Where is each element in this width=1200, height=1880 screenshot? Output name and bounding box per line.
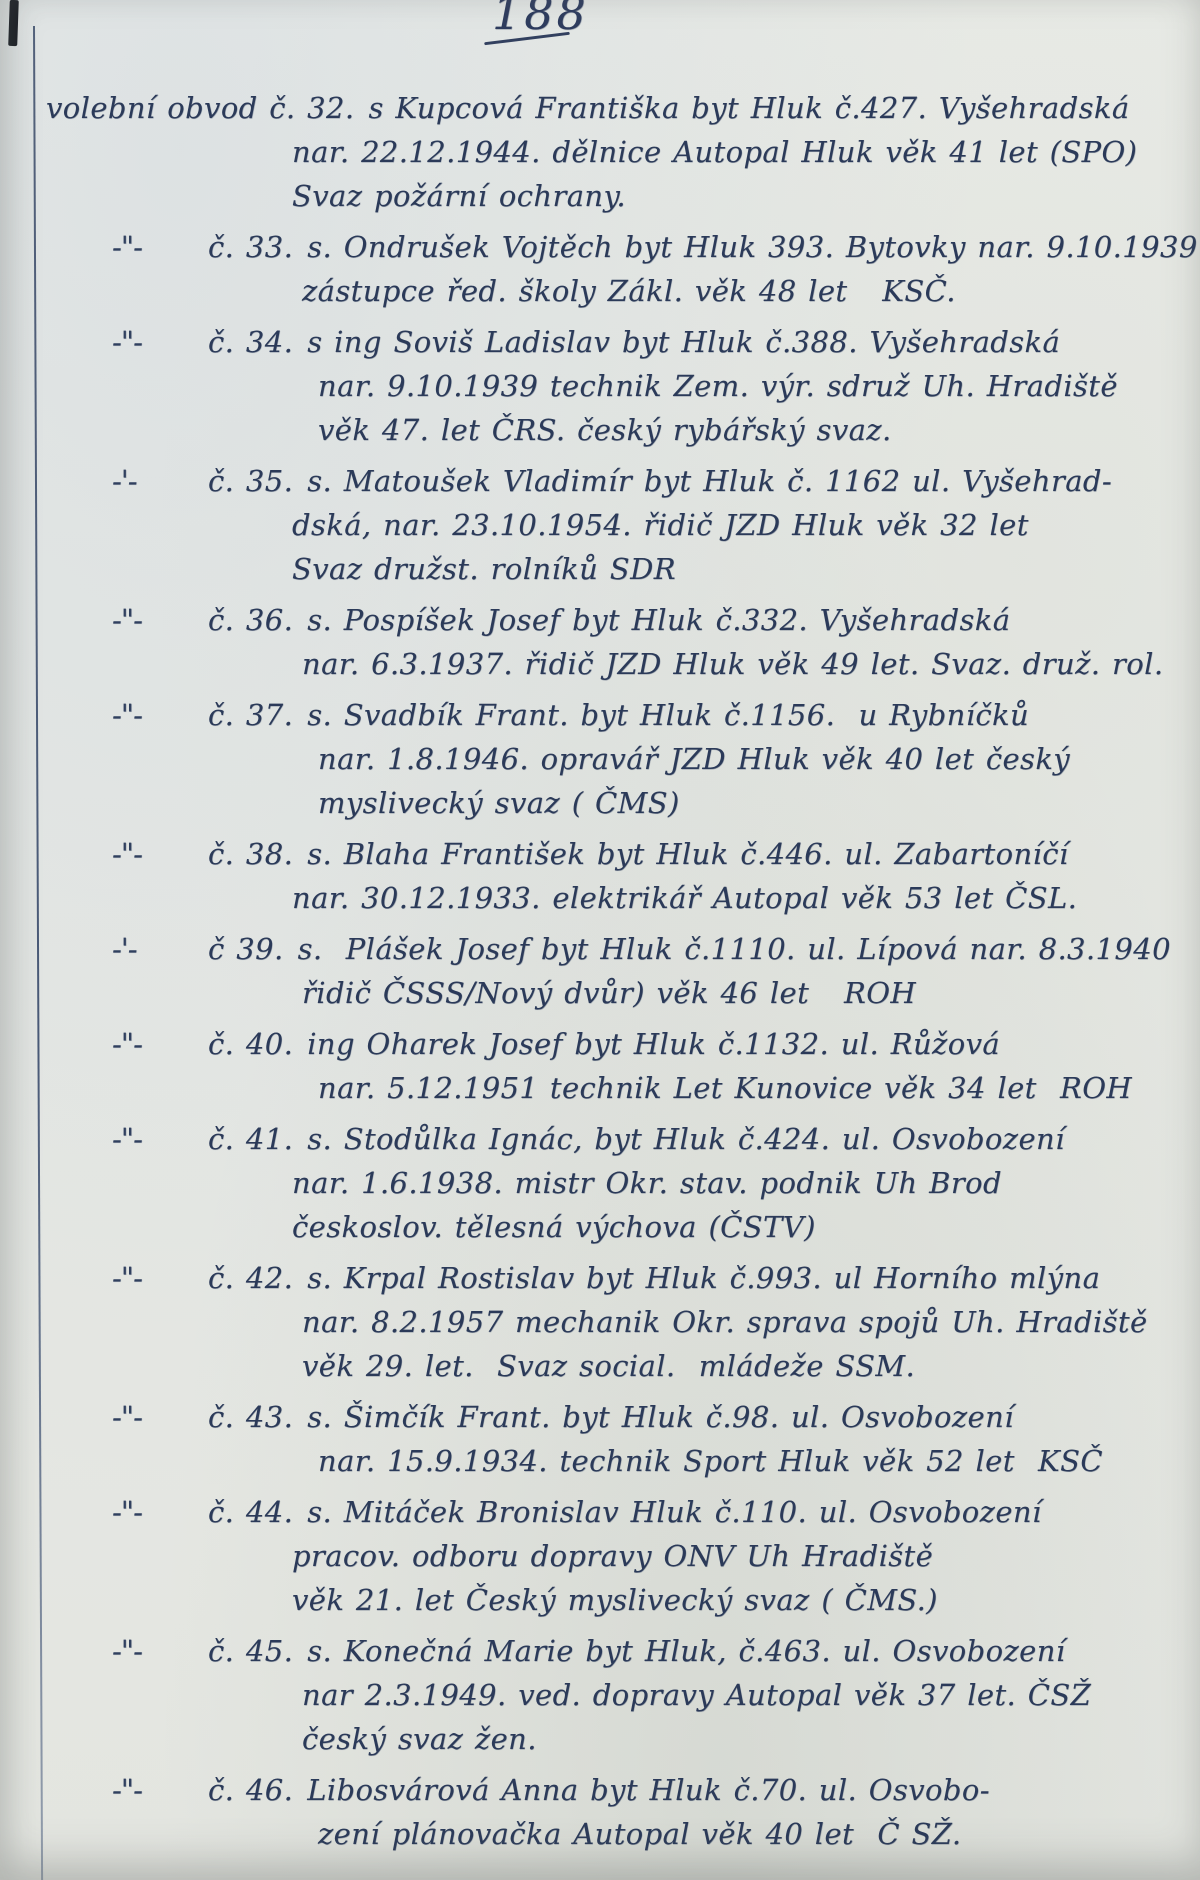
entry-text: s. Stodůlka Ignác, byt Hluk č.424. ul. O… (307, 1122, 1065, 1156)
ditto-mark: -"- (112, 320, 208, 364)
register-entry: -"-č. 46.Libosvárová Anna byt Hluk č.70.… (0, 1768, 1200, 1856)
entry-number: č. 37. (208, 698, 293, 732)
entry-first-line: -"-č. 42.s. Krpal Rostislav byt Hluk č.9… (0, 1256, 1200, 1300)
ditto-mark: -"- (112, 1629, 208, 1673)
entry-first-line: -"-č. 40.ing Oharek Josef byt Hluk č.113… (0, 1022, 1200, 1066)
entry-continuation-line: řidič ČSSS/Nový dvůr) věk 46 let ROH (0, 971, 1200, 1015)
entry-text: s. Konečná Marie byt Hluk, č.463. ul. Os… (307, 1634, 1065, 1668)
ditto-mark: -'- (112, 927, 208, 971)
register-entry: -"-č. 44.s. Mitáček Bronislav Hluk č.110… (0, 1490, 1200, 1622)
entry-first-line: -"-č. 45.s. Konečná Marie byt Hluk, č.46… (0, 1629, 1200, 1673)
entry-text: Libosvárová Anna byt Hluk č.70. ul. Osvo… (307, 1773, 990, 1807)
entry-continuation-line: věk 29. let. Svaz social. mládeže SSM. (0, 1344, 1200, 1388)
register-entry: -'-č 39.s. Plášek Josef byt Hluk č.1110.… (0, 927, 1200, 1015)
ditto-mark: -'- (112, 459, 208, 503)
entry-first-line: -"-č. 44.s. Mitáček Bronislav Hluk č.110… (0, 1490, 1200, 1534)
entry-continuation-line: Svaz požární ochrany. (0, 174, 1200, 218)
entry-number: č. 44. (208, 1495, 293, 1529)
ditto-mark: -"- (112, 1256, 208, 1300)
entry-continuation-line: nar. 5.12.1951 technik Let Kunovice věk … (0, 1066, 1200, 1110)
ditto-mark: -"- (112, 225, 208, 269)
entry-text: s ing Soviš Ladislav byt Hluk č.388. Vyš… (307, 325, 1060, 359)
entry-continuation-line: českoslov. tělesná výchova (ČSTV) (0, 1205, 1200, 1249)
entry-first-line: -'-č. 35.s. Matoušek Vladimír byt Hluk č… (0, 459, 1200, 503)
entry-text: s. Krpal Rostislav byt Hluk č.993. ul Ho… (307, 1261, 1100, 1295)
entry-continuation-line: pracov. odboru dopravy ONV Uh Hradiště (0, 1534, 1200, 1578)
entry-continuation-line: věk 21. let Český myslivecký svaz ( ČMS.… (0, 1578, 1200, 1622)
entry-continuation-line: věk 47. let ČRS. český rybářský svaz. (0, 408, 1200, 452)
entry-text: s. Plášek Josef byt Hluk č.1110. ul. Líp… (298, 932, 1171, 966)
entry-number: č. 35. (208, 464, 293, 498)
register-entry: -"-č. 42.s. Krpal Rostislav byt Hluk č.9… (0, 1256, 1200, 1388)
ditto-mark: -"- (112, 693, 208, 737)
entry-number: č. 41. (208, 1122, 293, 1156)
entry-continuation-line: zení plánovačka Autopal věk 40 let Č SŽ. (0, 1812, 1200, 1856)
entry-number: č. 42. (208, 1261, 293, 1295)
ditto-mark: -"- (112, 1022, 208, 1066)
entry-first-line: -"-č. 37.s. Svadbík Frant. byt Hluk č.11… (0, 693, 1200, 737)
register-entry: -"-č. 38.s. Blaha František byt Hluk č.4… (0, 832, 1200, 920)
entry-continuation-line: dská, nar. 23.10.1954. řidič JZD Hluk vě… (0, 503, 1200, 547)
entry-text: s. Pospíšek Josef byt Hluk č.332. Vyšehr… (307, 603, 1010, 637)
entry-number: č 39. (208, 932, 284, 966)
entry-text: s. Šimčík Frant. byt Hluk č.98. ul. Osvo… (307, 1400, 1014, 1434)
register-entry: -"-č. 45.s. Konečná Marie byt Hluk, č.46… (0, 1629, 1200, 1761)
entry-number: volební obvod č. 32. (46, 91, 354, 125)
register-entry: -"-č. 33.s. Ondrušek Vojtěch byt Hluk 39… (0, 225, 1200, 313)
entry-number: č. 43. (208, 1400, 293, 1434)
entry-continuation-line: nar. 9.10.1939 technik Zem. výr. sdruž U… (0, 364, 1200, 408)
ditto-mark: -"- (112, 832, 208, 876)
entry-number: č. 40. (208, 1027, 293, 1061)
entry-list: volební obvod č. 32.s Kupcová Františka … (0, 86, 1200, 1863)
entry-continuation-line: nar. 22.12.1944. dělnice Autopal Hluk vě… (0, 130, 1200, 174)
entry-text: s. Svadbík Frant. byt Hluk č.1156. u Ryb… (307, 698, 1029, 732)
entry-continuation-line: nar. 15.9.1934. technik Sport Hluk věk 5… (0, 1439, 1200, 1483)
entry-number: č. 34. (208, 325, 293, 359)
entry-text: ing Oharek Josef byt Hluk č.1132. ul. Rů… (307, 1027, 1000, 1061)
ditto-mark: -"- (112, 1768, 208, 1812)
entry-continuation-line: nar. 8.2.1957 mechanik Okr. sprava spojů… (0, 1300, 1200, 1344)
entry-first-line: -"-č. 43.s. Šimčík Frant. byt Hluk č.98.… (0, 1395, 1200, 1439)
register-entry: -"-č. 37.s. Svadbík Frant. byt Hluk č.11… (0, 693, 1200, 825)
page-number: 188 (492, 0, 589, 40)
entry-continuation-line: nar 2.3.1949. ved. dopravy Autopal věk 3… (0, 1673, 1200, 1717)
entry-text: s. Ondrušek Vojtěch byt Hluk 393. Bytovk… (307, 230, 1200, 264)
register-entry: -"-č. 43.s. Šimčík Frant. byt Hluk č.98.… (0, 1395, 1200, 1483)
entry-continuation-line: nar. 1.8.1946. opravář JZD Hluk věk 40 l… (0, 737, 1200, 781)
entry-continuation-line: nar. 30.12.1933. elektrikář Autopal věk … (0, 876, 1200, 920)
register-entry: -"-č. 34.s ing Soviš Ladislav byt Hluk č… (0, 320, 1200, 452)
scanned-page: 188 volební obvod č. 32.s Kupcová Franti… (0, 0, 1200, 1880)
entry-number: č. 46. (208, 1773, 293, 1807)
ditto-mark: -"- (112, 598, 208, 642)
entry-number: č. 45. (208, 1634, 293, 1668)
entry-first-line: -"-č. 41.s. Stodůlka Ignác, byt Hluk č.4… (0, 1117, 1200, 1161)
ditto-mark: -"- (112, 1490, 208, 1534)
entry-continuation-line: myslivecký svaz ( ČMS) (0, 781, 1200, 825)
register-entry: -"-č. 36.s. Pospíšek Josef byt Hluk č.33… (0, 598, 1200, 686)
ditto-mark: -"- (112, 1117, 208, 1161)
entry-number: č. 38. (208, 837, 293, 871)
register-entry: -"-č. 40.ing Oharek Josef byt Hluk č.113… (0, 1022, 1200, 1110)
register-entry: volební obvod č. 32.s Kupcová Františka … (0, 86, 1200, 218)
entry-text: s. Blaha František byt Hluk č.446. ul. Z… (307, 837, 1068, 871)
entry-text: s. Mitáček Bronislav Hluk č.110. ul. Osv… (307, 1495, 1041, 1529)
entry-first-line: -'-č 39.s. Plášek Josef byt Hluk č.1110.… (0, 927, 1200, 971)
entry-continuation-line: zástupce řed. školy Zákl. věk 48 let KSČ… (0, 269, 1200, 313)
entry-number: č. 36. (208, 603, 293, 637)
ditto-mark: -"- (112, 1395, 208, 1439)
entry-continuation-line: nar. 1.6.1938. mistr Okr. stav. podnik U… (0, 1161, 1200, 1205)
entry-first-line: volební obvod č. 32.s Kupcová Františka … (0, 86, 1200, 130)
entry-first-line: -"-č. 36.s. Pospíšek Josef byt Hluk č.33… (0, 598, 1200, 642)
entry-first-line: -"-č. 38.s. Blaha František byt Hluk č.4… (0, 832, 1200, 876)
entry-continuation-line: český svaz žen. (0, 1717, 1200, 1761)
register-entry: -"-č. 41.s. Stodůlka Ignác, byt Hluk č.4… (0, 1117, 1200, 1249)
register-entry: -'-č. 35.s. Matoušek Vladimír byt Hluk č… (0, 459, 1200, 591)
entry-first-line: -"-č. 33.s. Ondrušek Vojtěch byt Hluk 39… (0, 225, 1200, 269)
entry-continuation-line: nar. 6.3.1937. řidič JZD Hluk věk 49 let… (0, 642, 1200, 686)
entry-first-line: -"-č. 46.Libosvárová Anna byt Hluk č.70.… (0, 1768, 1200, 1812)
scan-edge-mark (8, 0, 19, 46)
entry-number: č. 33. (208, 230, 293, 264)
entry-text: s Kupcová Františka byt Hluk č.427. Vyše… (368, 91, 1129, 125)
entry-first-line: -"-č. 34.s ing Soviš Ladislav byt Hluk č… (0, 320, 1200, 364)
entry-continuation-line: Svaz družst. rolníků SDR (0, 547, 1200, 591)
entry-text: s. Matoušek Vladimír byt Hluk č. 1162 ul… (307, 464, 1112, 498)
